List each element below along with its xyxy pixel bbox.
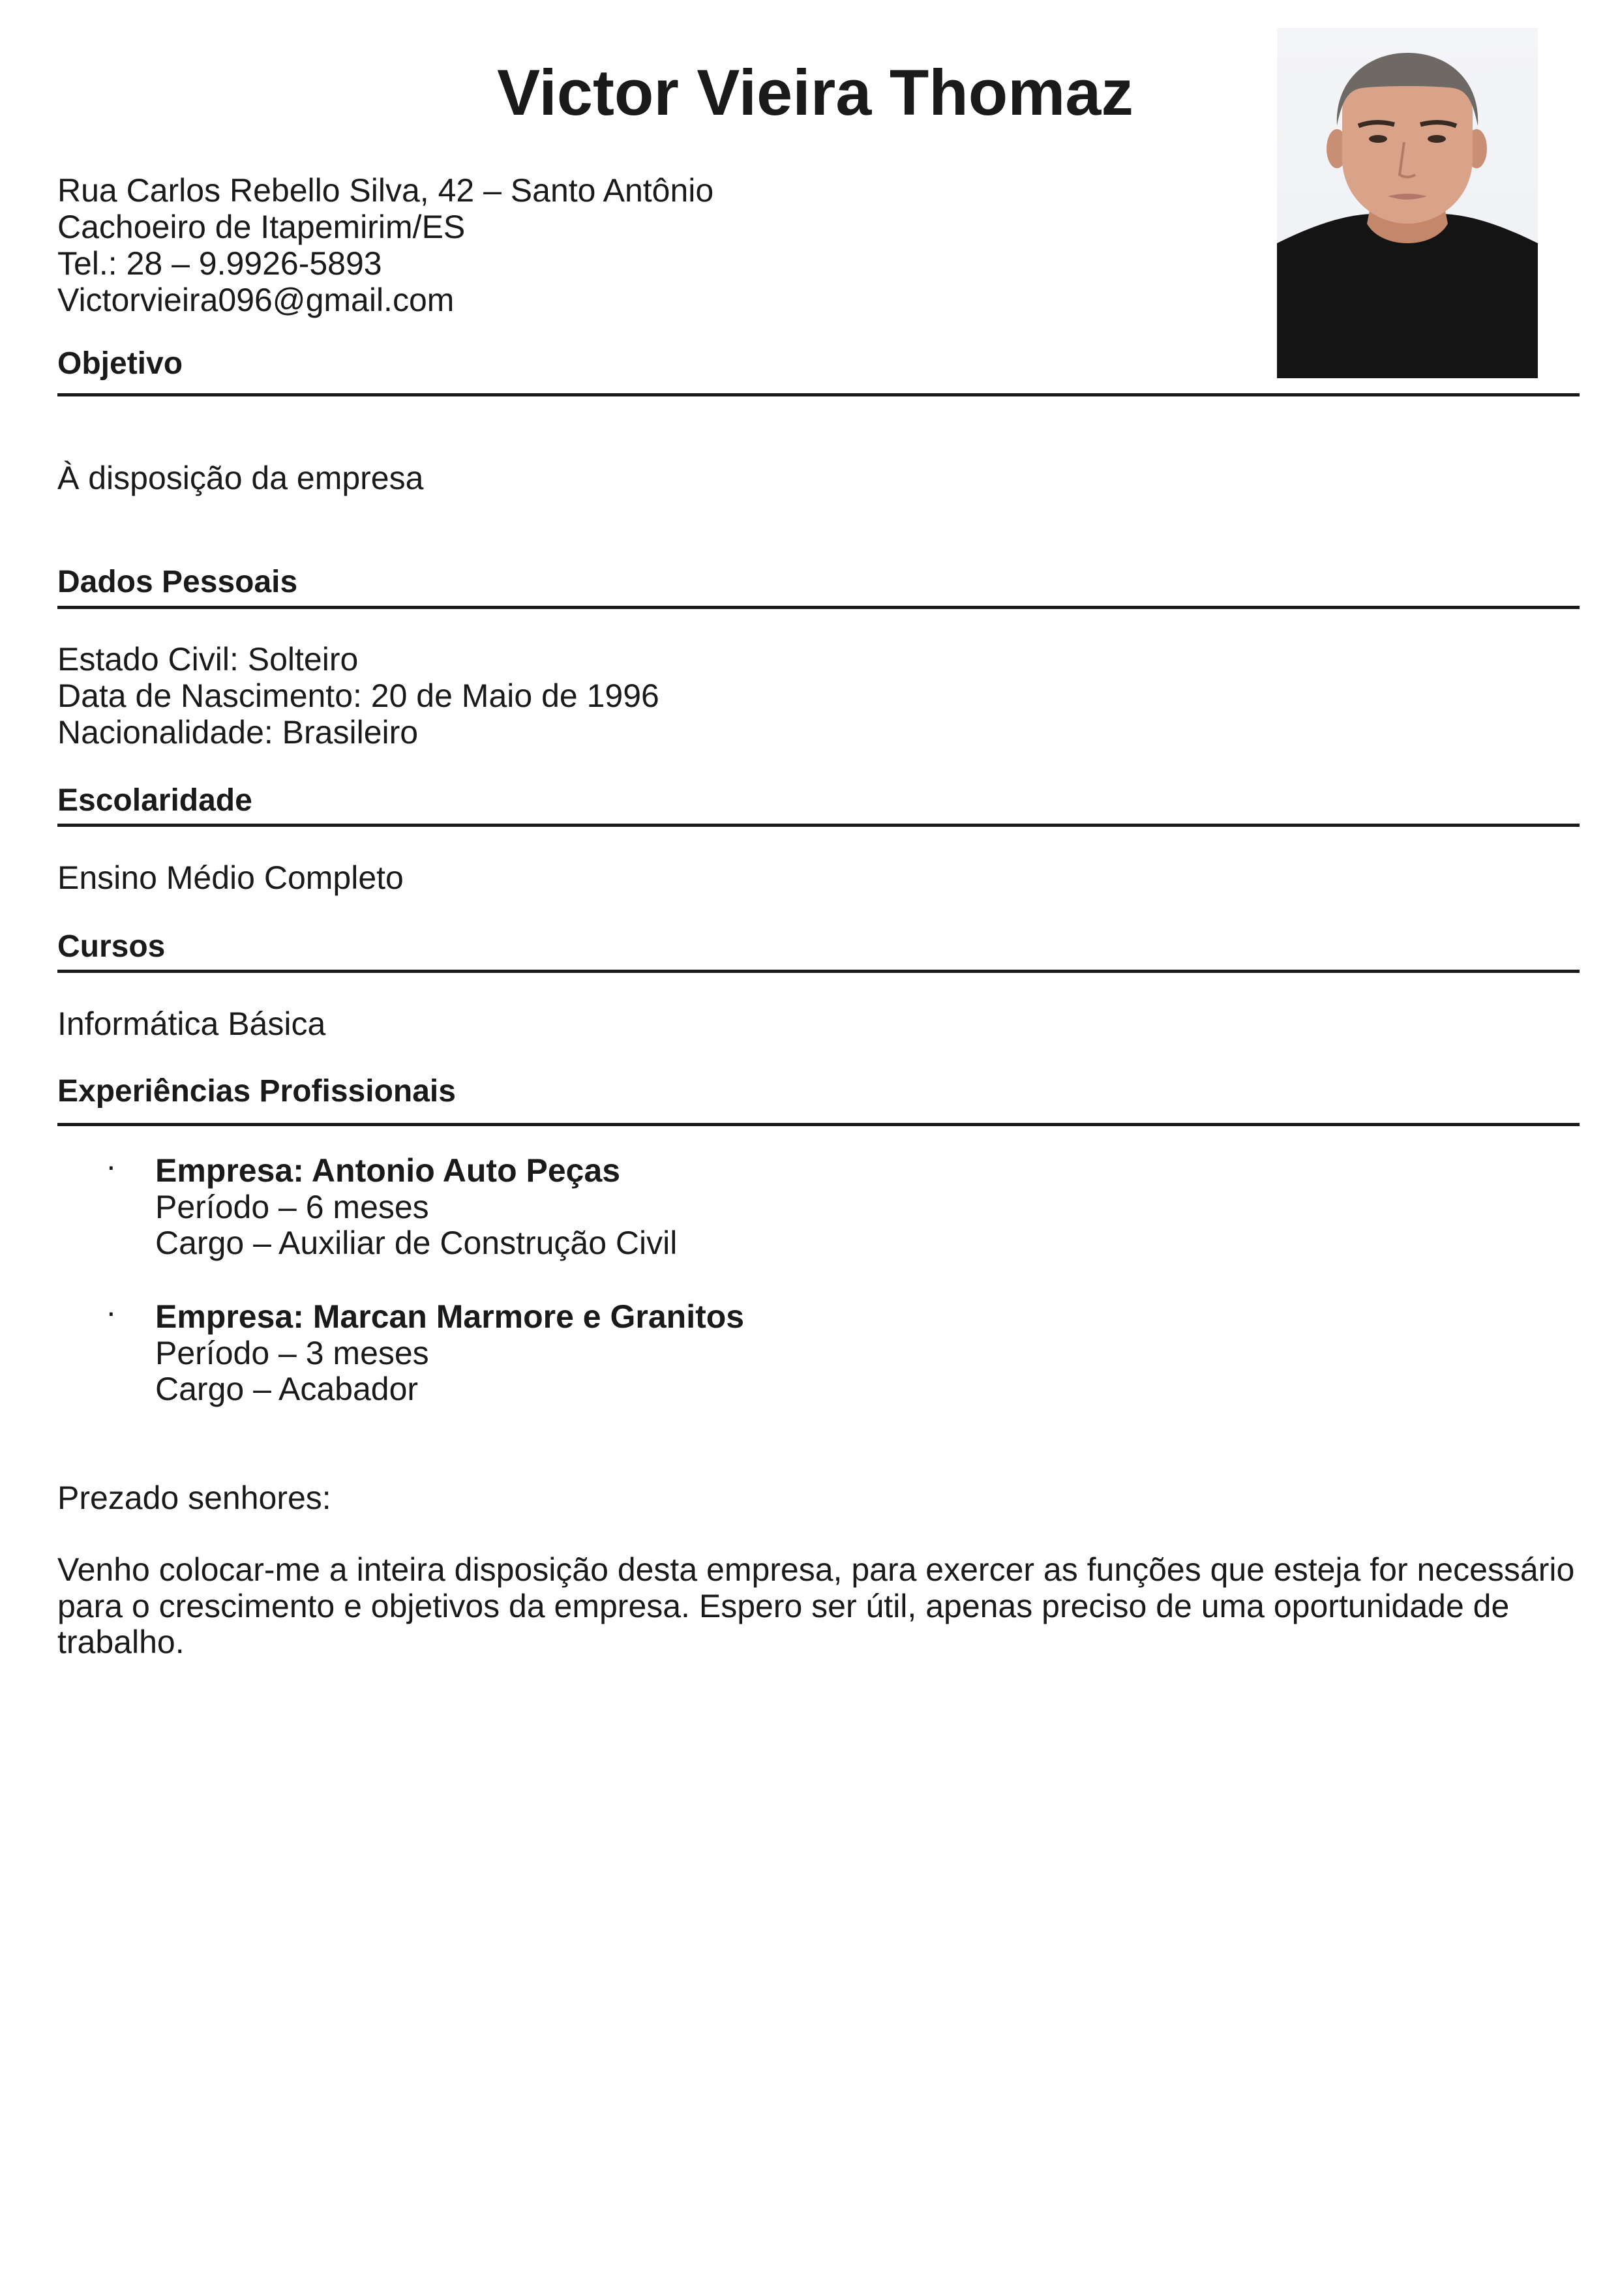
section-title-cursos: Cursos — [57, 929, 165, 965]
bullet-icon: · — [106, 1294, 117, 1330]
experience-company: Empresa: Antonio Auto Peças — [155, 1153, 677, 1189]
email-line: Victorvieira096@gmail.com — [57, 282, 713, 318]
contact-block: Rua Carlos Rebello Silva, 42 – Santo Ant… — [57, 172, 713, 318]
experience-item: Empresa: Marcan Marmore e Granitos Perío… — [155, 1299, 744, 1408]
closing-paragraph-line: trabalho. — [57, 1624, 1574, 1661]
profile-photo — [1277, 28, 1538, 378]
section-divider — [57, 606, 1580, 609]
phone-line: Tel.: 28 – 9.9926-5893 — [57, 245, 713, 282]
section-title-objetivo: Objetivo — [57, 346, 183, 382]
city-line: Cachoeiro de Itapemirim/ES — [57, 209, 713, 245]
person-portrait-icon — [1277, 28, 1538, 378]
closing-paragraph-line: Venho colocar-me a inteira disposição de… — [57, 1552, 1574, 1588]
section-divider — [57, 1123, 1580, 1126]
closing-paragraph-line: para o crescimento e objetivos da empres… — [57, 1588, 1574, 1625]
data-nascimento: Data de Nascimento: 20 de Maio de 1996 — [57, 678, 659, 714]
objetivo-text: À disposição da empresa — [57, 460, 423, 496]
section-divider — [57, 393, 1580, 396]
experience-company: Empresa: Marcan Marmore e Granitos — [155, 1299, 744, 1335]
experience-period: Período – 3 meses — [155, 1335, 744, 1372]
section-title-escolaridade: Escolaridade — [57, 783, 252, 819]
section-divider — [57, 824, 1580, 827]
section-divider — [57, 970, 1580, 973]
escolaridade-text: Ensino Médio Completo — [57, 859, 404, 896]
section-title-dados-pessoais: Dados Pessoais — [57, 564, 297, 601]
experience-item: Empresa: Antonio Auto Peças Período – 6 … — [155, 1153, 677, 1262]
dados-pessoais-list: Estado Civil: Solteiro Data de Nasciment… — [57, 641, 659, 751]
closing-greeting: Prezado senhores: — [57, 1480, 331, 1516]
nacionalidade: Nacionalidade: Brasileiro — [57, 714, 659, 751]
estado-civil: Estado Civil: Solteiro — [57, 641, 659, 678]
bullet-icon: · — [106, 1148, 117, 1184]
experience-period: Período – 6 meses — [155, 1189, 677, 1226]
experience-role: Cargo – Auxiliar de Construção Civil — [155, 1225, 677, 1262]
experience-role: Cargo – Acabador — [155, 1371, 744, 1408]
cursos-text: Informática Básica — [57, 1006, 325, 1042]
address-line: Rua Carlos Rebello Silva, 42 – Santo Ant… — [57, 172, 713, 209]
closing-paragraph: Venho colocar-me a inteira disposição de… — [57, 1552, 1574, 1661]
section-title-experiencias: Experiências Profissionais — [57, 1073, 456, 1110]
